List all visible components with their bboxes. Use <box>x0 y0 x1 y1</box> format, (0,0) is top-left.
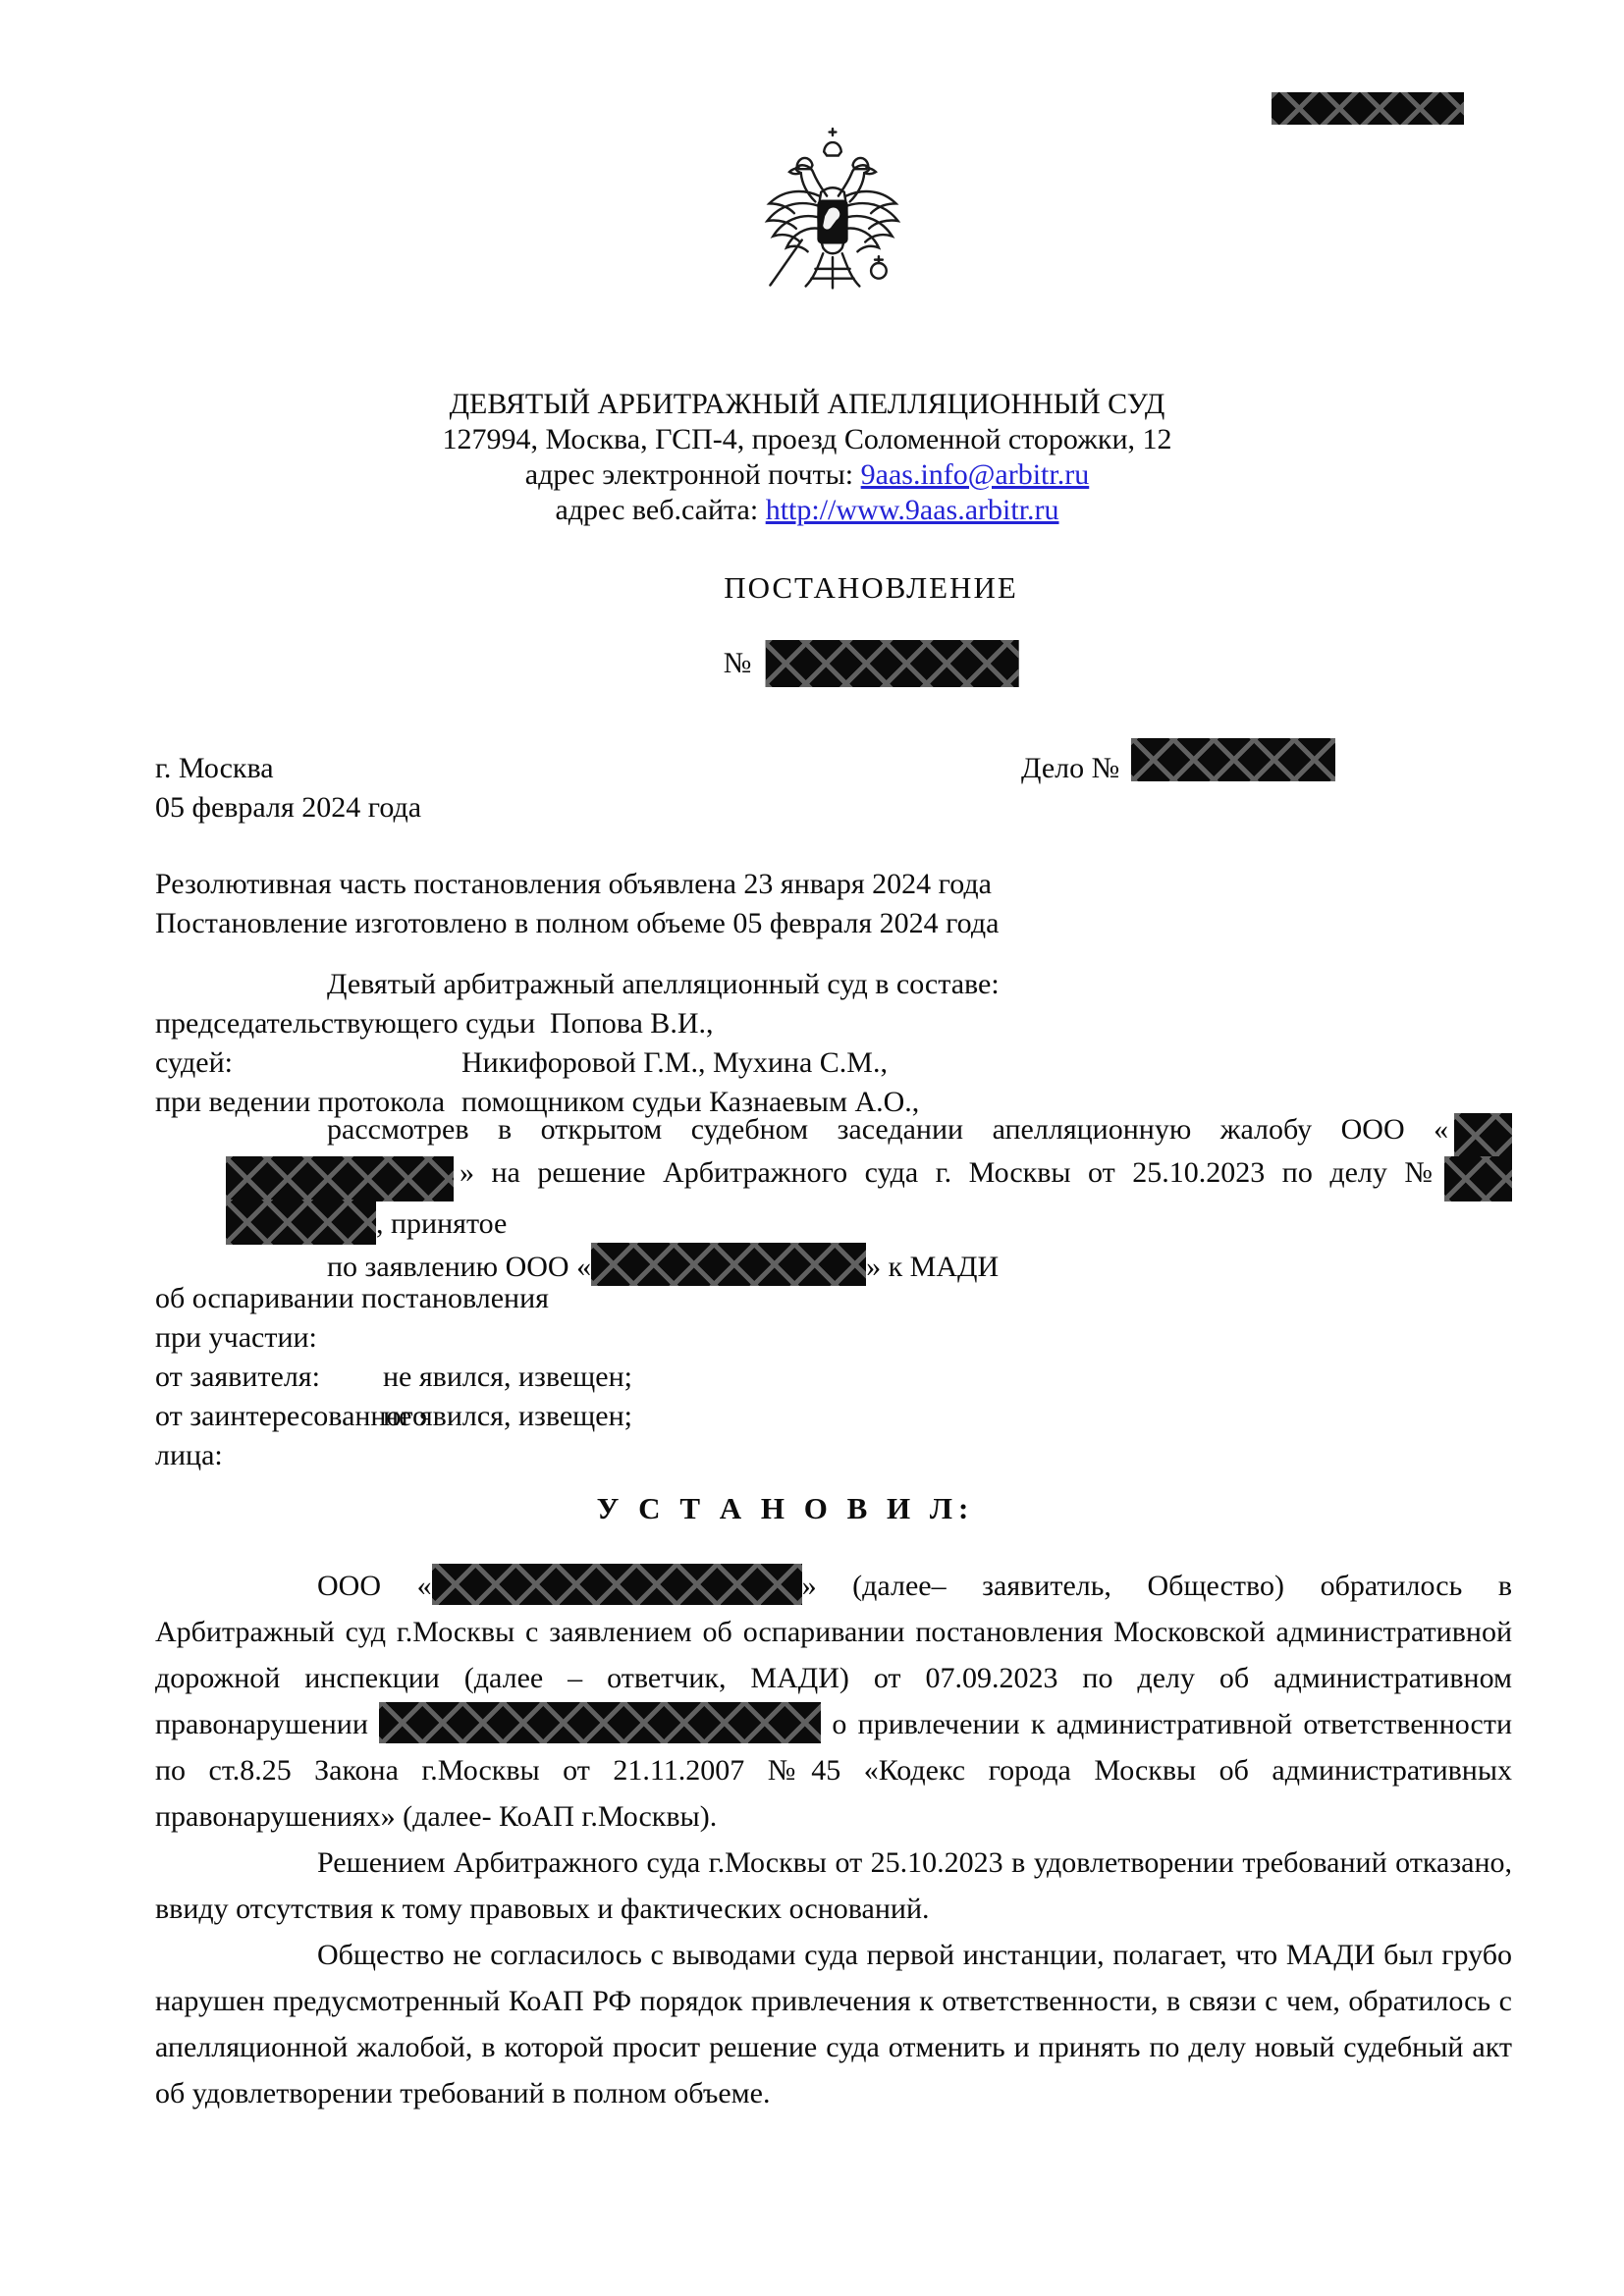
redacted-text <box>432 1564 802 1605</box>
redacted-stamp <box>1272 92 1464 125</box>
found-heading: У С Т А Н О В И Л: <box>597 1491 975 1526</box>
redacted-decision-number <box>765 640 1018 687</box>
document-type-title: ПОСТАНОВЛЕНИЕ <box>724 570 1018 606</box>
redacted-company-name <box>1454 1113 1512 1158</box>
attendance-party: лица: <box>155 1439 223 1471</box>
hearing-line1: рассмотрев в открытом судебном заседании… <box>155 1113 1448 1147</box>
email-label: адрес электронной почты: <box>525 458 861 491</box>
decision-date: 05 февраля 2024 года <box>155 791 421 825</box>
redacted-case-number <box>226 1200 376 1245</box>
court-decision-page: ДЕВЯТЫЙ АРБИТРАЖНЫЙ АПЕЛЛЯЦИОННЫЙ СУД 12… <box>0 0 1624 2296</box>
attendance-status: не явился, извещен; <box>383 1361 632 1394</box>
body-paragraph-3: Общество не согласилось с выводами суда … <box>155 1932 1512 2116</box>
hearing-line4-suffix: » к МАДИ <box>866 1251 999 1283</box>
hearing-line3: , принятое <box>376 1207 507 1240</box>
participation-label: при участии: <box>155 1321 317 1355</box>
redacted-company-name <box>226 1156 454 1201</box>
panel-judge-name: Попова В.И., <box>550 1007 713 1041</box>
coat-of-arms-icon <box>746 124 919 318</box>
hearing-line2: » на решение Арбитражного суда г. Москвы… <box>454 1156 1433 1190</box>
panel-intro: Девятый арбитражный апелляционный суд в … <box>327 968 1000 1001</box>
redacted-case-number <box>1131 738 1335 781</box>
website-link[interactable]: http://www.9aas.arbitr.ru <box>766 494 1059 526</box>
redacted-company-name <box>591 1243 866 1286</box>
challenge-subject-line: об оспаривании постановления <box>155 1282 549 1315</box>
attendance-status: не явился, извещен; <box>383 1400 632 1433</box>
website-label: адрес веб.сайта: <box>555 494 765 526</box>
email-link[interactable]: 9aas.info@arbitr.ru <box>861 458 1090 491</box>
redacted-text <box>379 1702 821 1743</box>
body-paragraph-2: Решением Арбитражного суда г.Москвы от 2… <box>155 1840 1512 1932</box>
panel-role: судей: <box>155 1046 233 1079</box>
numero-sign: № <box>724 647 752 680</box>
court-name: ДЕВЯТЫЙ АРБИТРАЖНЫЙ АПЕЛЛЯЦИОННЫЙ СУД <box>442 387 1171 422</box>
body-paragraph-1: ООО «» (далее– заявитель, Общество) обра… <box>155 1563 1512 1840</box>
court-email-line: адрес электронной почты: 9aas.info@arbit… <box>442 457 1171 493</box>
full-text-line: Постановление изготовлено в полном объем… <box>155 907 999 940</box>
hearing-line4-prefix: по заявлению ООО « <box>155 1251 591 1283</box>
case-number-label: Дело № <box>1021 738 1119 785</box>
court-site-line: адрес веб.сайта: http://www.9aas.arbitr.… <box>442 493 1171 528</box>
attendance-party: от заявителя: <box>155 1361 320 1393</box>
court-address: 127994, Москва, ГСП-4, проезд Соломенной… <box>442 422 1171 457</box>
operative-part-line: Резолютивная часть постановления объявле… <box>155 868 992 901</box>
panel-role: председательствующего судьи <box>155 1007 535 1040</box>
city-label: г. Москва <box>155 752 274 785</box>
panel-judge-name: Никифоровой Г.М., Мухина С.М., <box>461 1046 888 1080</box>
redacted-case-number <box>1444 1156 1512 1201</box>
